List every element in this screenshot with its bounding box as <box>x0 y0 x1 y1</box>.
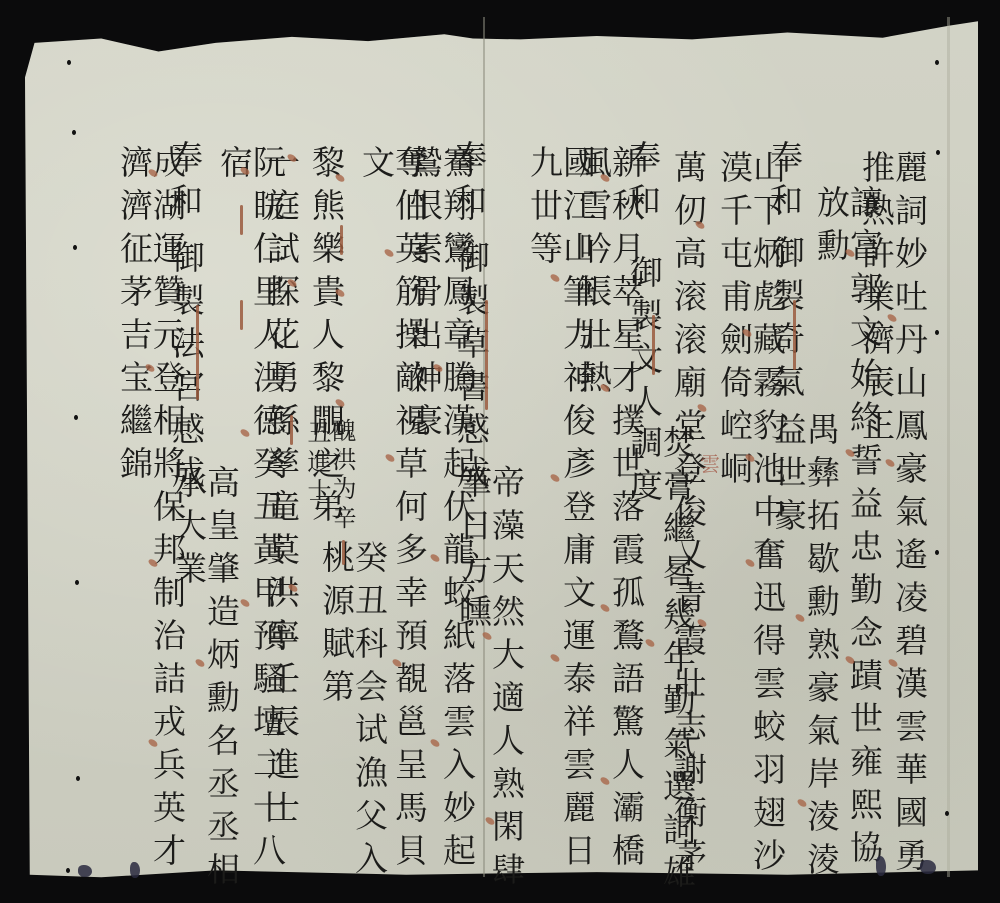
annotation-bracket-line <box>652 315 655 375</box>
annotation-bracket-line <box>240 300 243 330</box>
pin-hole <box>66 868 70 873</box>
annotation-bracket-line <box>793 300 796 370</box>
pin-hole <box>76 776 80 781</box>
text-column-l4-note2: 丑進士 <box>305 420 329 507</box>
text-column-l8: 成湖運贊元登相將保邦制治詰戎兵英才濟濟征茅吉宝繼錦 <box>118 145 184 903</box>
pin-hole <box>74 415 78 420</box>
pin-hole <box>935 550 939 555</box>
pin-hole <box>936 150 940 155</box>
annotation-bracket-line <box>240 205 243 235</box>
pin-hole <box>72 130 76 135</box>
ink-stain <box>876 856 886 876</box>
pin-hole <box>945 811 949 816</box>
pin-hole <box>73 245 77 250</box>
pin-hole <box>75 580 79 585</box>
annotation-bracket-line <box>196 305 199 400</box>
red-seal-annotation: 雲 <box>700 448 720 477</box>
annotation-bracket-line <box>340 225 343 255</box>
annotation-bracket-line <box>342 540 345 565</box>
pin-hole <box>935 330 939 335</box>
annotation-bracket-line <box>485 300 488 410</box>
text-column-l4-exam: 癸丑科会试漁父入桃源賦第 <box>320 540 386 903</box>
text-column-r4: 山下炳彪藏霧豹池中奮迅得雲蛟羽翅沙漠千屯甫劍倚崆峒 <box>718 150 784 903</box>
pin-hole <box>67 60 71 65</box>
annotation-bracket-line <box>290 415 293 445</box>
ink-stain <box>78 865 92 877</box>
ink-stain <box>130 862 140 878</box>
text-column-r8: 國江山筆力神俊彥登庸文運泰祥雲麗日九丗等 <box>528 145 594 903</box>
pin-hole <box>935 60 939 65</box>
ink-stain <box>920 860 936 874</box>
sheet-right-edge <box>947 17 950 877</box>
text-column-l4-note: 醜洪为辛 <box>330 418 354 534</box>
